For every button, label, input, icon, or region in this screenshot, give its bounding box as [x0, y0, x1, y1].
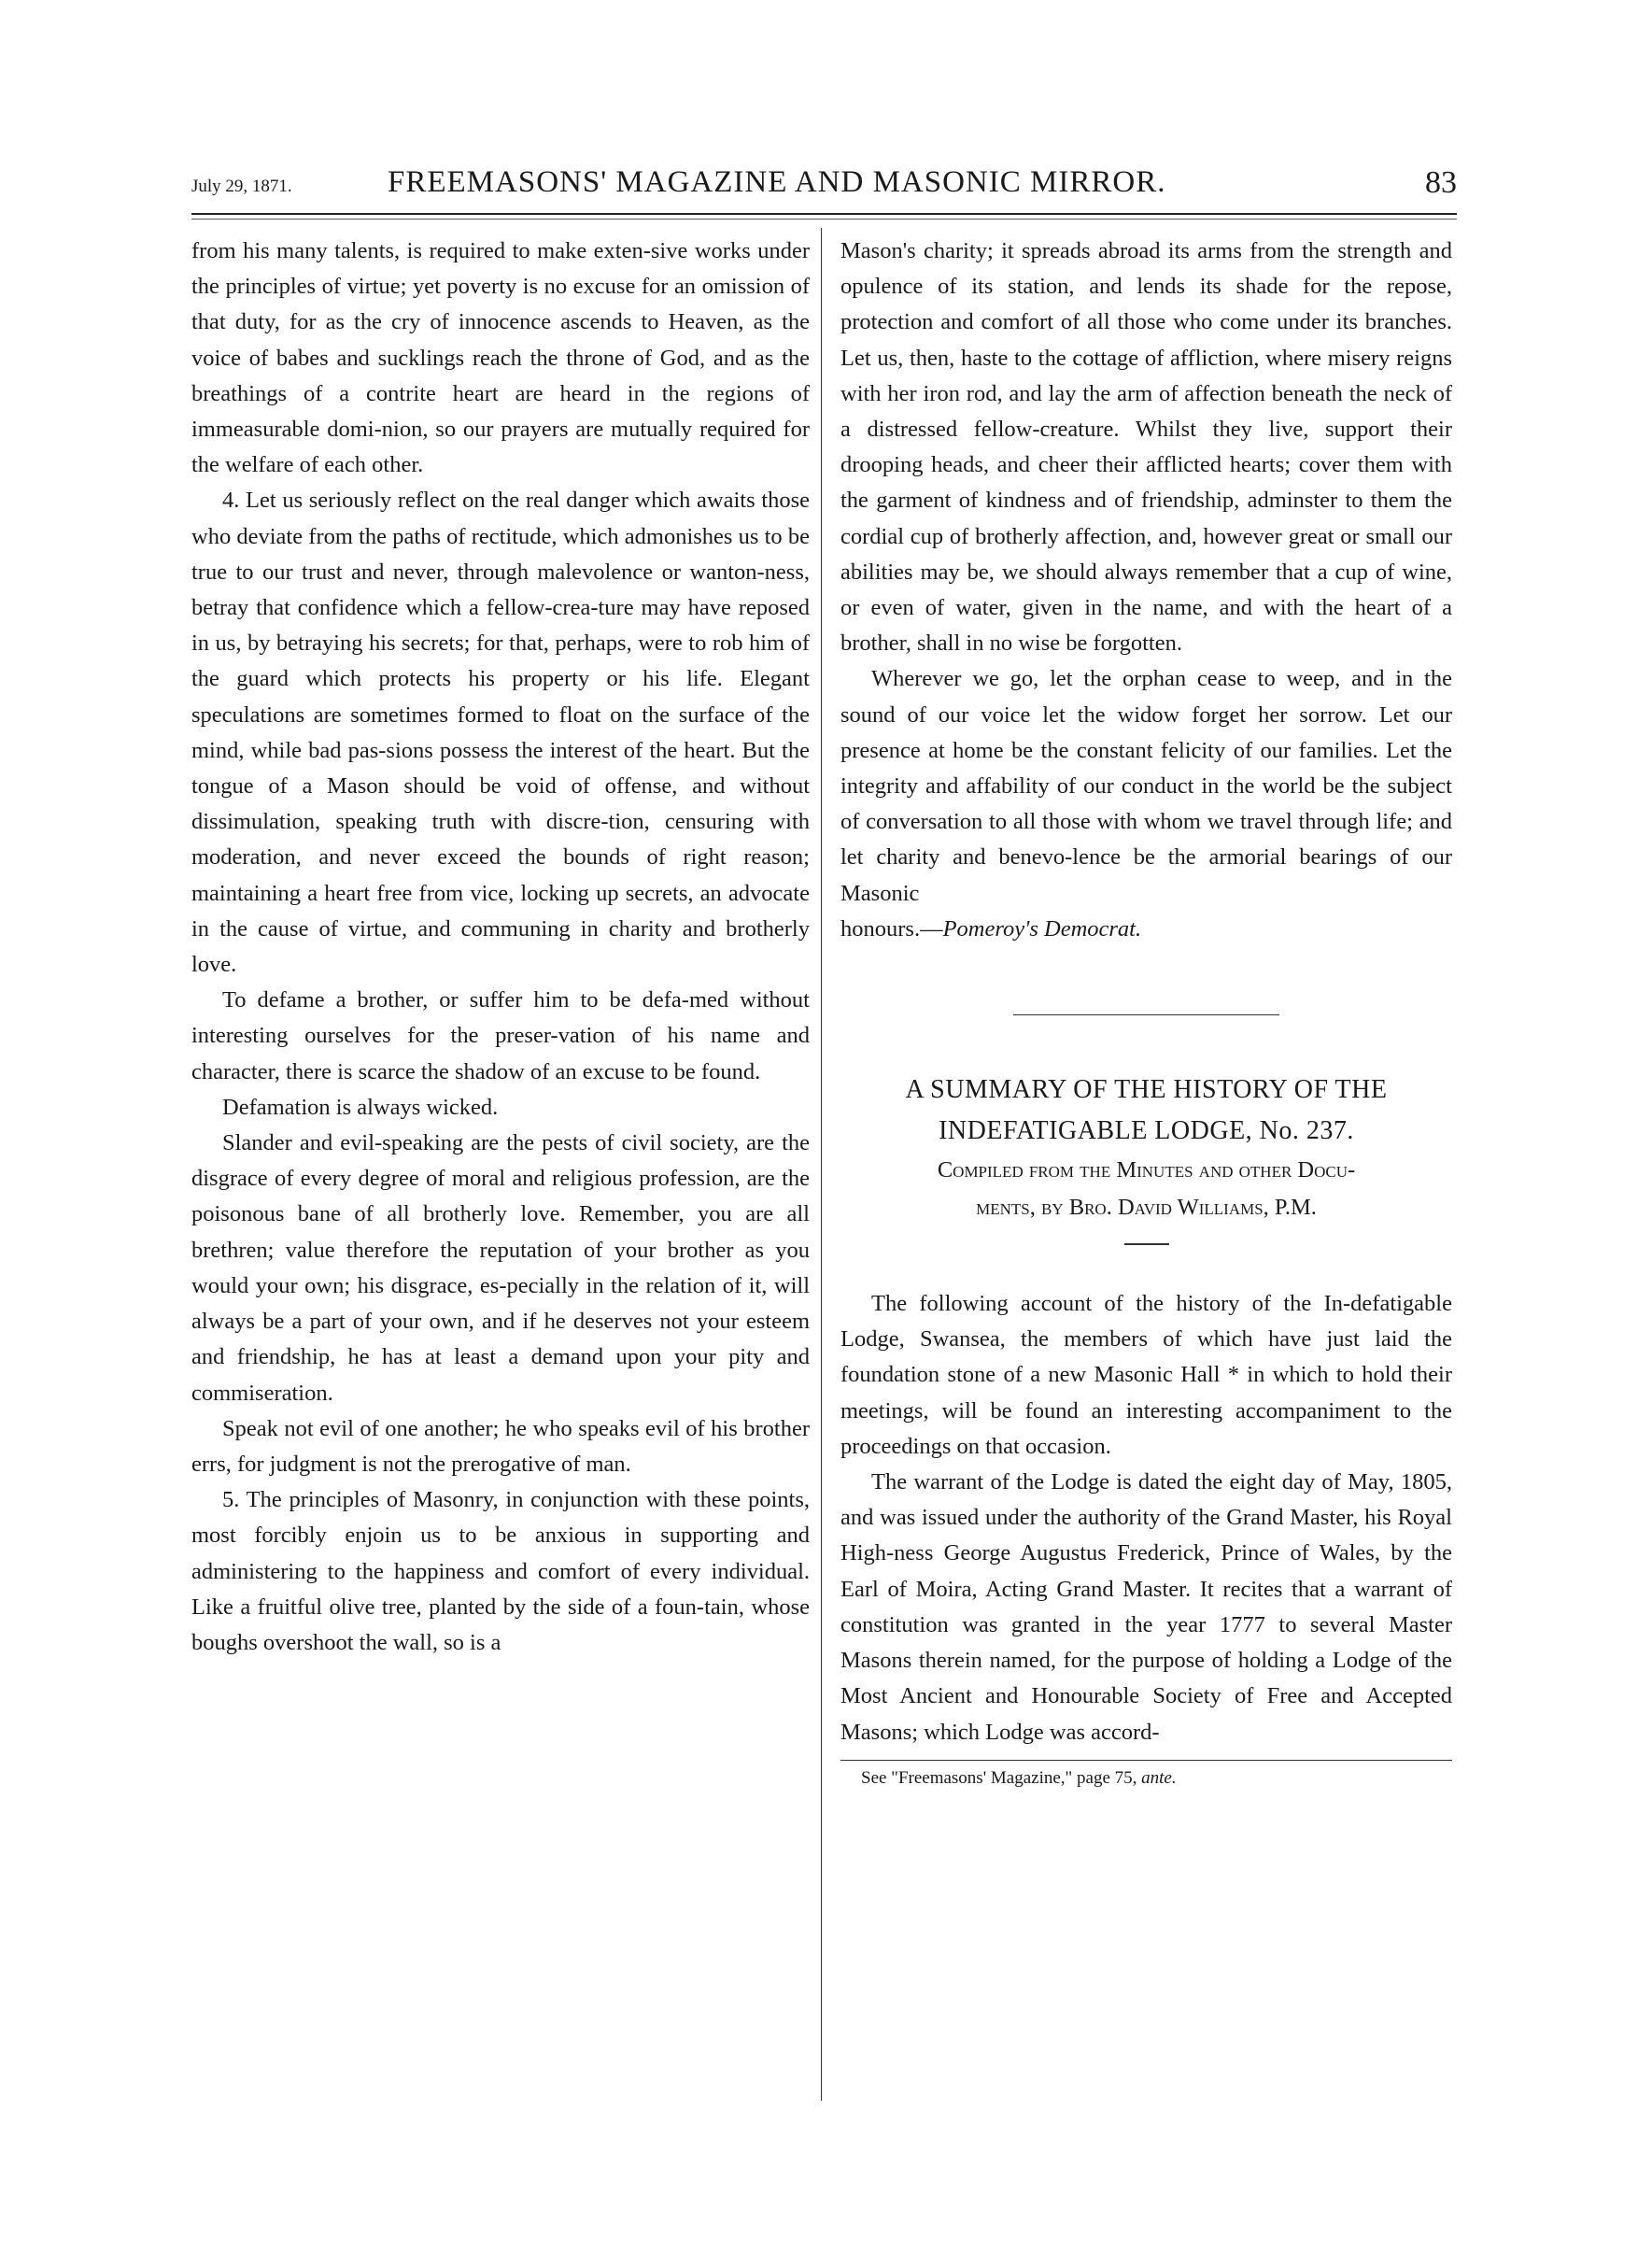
attribution: Pomeroy's Democrat.: [943, 916, 1142, 942]
footnote: See "Freemasons' Magazine," page 75, ant…: [840, 1764, 1452, 1792]
article-byline-line: Compiled from the Minutes and other Docu…: [840, 1152, 1452, 1189]
paragraph: The warrant of the Lodge is dated the ei…: [840, 1465, 1452, 1750]
article-byline: Compiled from the Minutes and other Docu…: [840, 1152, 1452, 1226]
paragraph: The following account of the history of …: [840, 1286, 1452, 1465]
paragraph: 5. The principles of Masonry, in conjunc…: [191, 1482, 810, 1661]
paragraph: Speak not evil of one another; he who sp…: [191, 1411, 810, 1482]
footnote-italic: ante.: [1141, 1768, 1176, 1788]
paragraph: Slander and evil-speaking are the pests …: [191, 1126, 810, 1411]
header-rule-secondary: [191, 219, 1457, 220]
article-title-line: INDEFATIGABLE LODGE, No. 237.: [840, 1111, 1452, 1152]
page-number: 83: [1425, 165, 1457, 201]
closing-text: honours.—: [840, 916, 943, 942]
article-title: A SUMMARY OF THE HISTORY OF THE INDEFATI…: [840, 1070, 1452, 1152]
footnote-text: See "Freemasons' Magazine," page 75,: [861, 1768, 1137, 1788]
article-byline-line: ments, by Bro. David Williams, P.M.: [840, 1189, 1452, 1226]
column-divider: [821, 228, 822, 2101]
page-header: July 29, 1871. FREEMASONS' MAGAZINE AND …: [191, 163, 1457, 201]
issue-date: July 29, 1871.: [191, 177, 292, 197]
left-column: from his many talents, is required to ma…: [191, 234, 810, 1661]
right-column: Mason's charity; it spreads abroad its a…: [840, 234, 1452, 1792]
section-separator: [1013, 1014, 1279, 1015]
paragraph: 4. Let us seriously reflect on the real …: [191, 483, 810, 983]
paragraph: To defame a brother, or suffer him to be…: [191, 983, 810, 1090]
article-title-line: A SUMMARY OF THE HISTORY OF THE: [840, 1070, 1452, 1111]
closing-line: honours.—Pomeroy's Democrat.: [840, 912, 1452, 947]
publication-title: FREEMASONS' MAGAZINE AND MASONIC MIRROR.: [388, 165, 1165, 200]
footnote-rule: [840, 1760, 1452, 1761]
paragraph: Mason's charity; it spreads abroad its a…: [840, 234, 1452, 661]
title-separator: [1124, 1243, 1169, 1245]
paragraph: Defamation is always wicked.: [191, 1090, 810, 1126]
header-rule: [191, 213, 1457, 215]
paragraph: Wherever we go, let the orphan cease to …: [840, 661, 1452, 911]
paragraph: from his many talents, is required to ma…: [191, 234, 810, 483]
